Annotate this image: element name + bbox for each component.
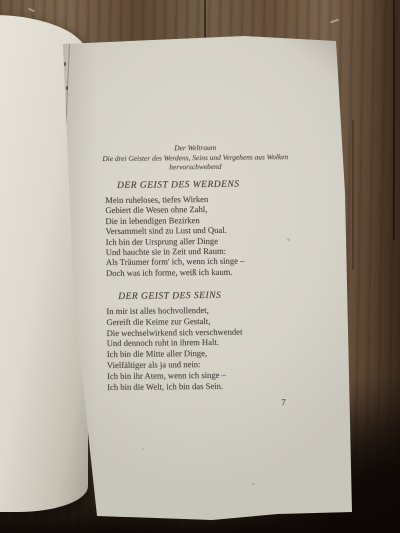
poem-werdens: DER GEIST DES WERDENS Mein ruheloses, ti… (105, 180, 245, 279)
poem-seins: DER GEIST DES SEINS In mir ist alles hoc… (106, 291, 243, 393)
poem-line: Doch was ich forme, weiß ich kaum. (106, 266, 245, 278)
stage-direction-line: hervorschwebend (73, 161, 318, 173)
poem-line: Die wechselwirkend sich verschwendet (107, 326, 243, 338)
poem-title: DER GEIST DES SEINS (118, 291, 242, 303)
poem-line: Versammelt sind zu Lust und Qual. (105, 225, 244, 237)
book-photograph: Der Weltraum Die drei Geister des Werden… (0, 0, 400, 533)
poem-line: Ich bin die Welt, ich bin das Sein. (107, 380, 243, 392)
book-page: Der Weltraum Die drei Geister des Werden… (52, 28, 358, 524)
printed-text: Der Weltraum Die drei Geister des Werden… (49, 26, 360, 525)
stage-direction: Der Weltraum Die drei Geister des Werden… (73, 142, 318, 174)
poem-title: DER GEIST DES WERDENS (117, 180, 244, 192)
poem-line: Ich bin ihr Atem, wenn ich singe – (107, 369, 243, 381)
page-number: 7 (281, 397, 286, 407)
